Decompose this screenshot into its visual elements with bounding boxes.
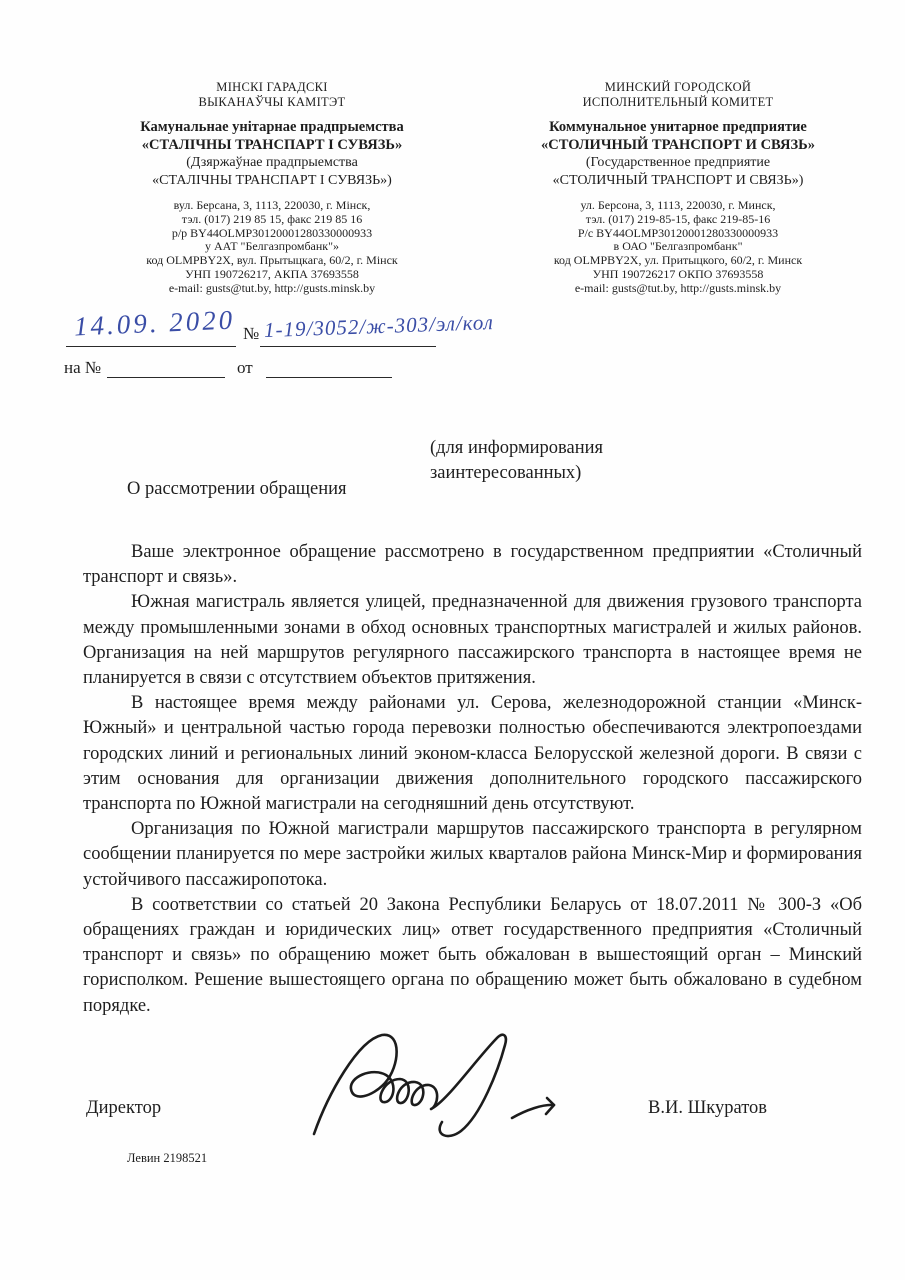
detail-line: e-mail: gusts@tut.by, http://gusts.minsk… [72, 282, 472, 296]
company-sub-line: (Государственное предприятие [478, 154, 878, 172]
detail-line: УНП 190726217 ОКПО 37693558 [478, 268, 878, 282]
detail-line: код OLMPBY2X, вул. Прытыцкага, 60/2, г. … [72, 254, 472, 268]
org-line: ИСПОЛНИТЕЛЬНЫЙ КОМИТЕТ [478, 95, 878, 110]
company-line: «СТОЛИЧНЫЙ ТРАНСПОРТ И СВЯЗЬ» [478, 137, 878, 155]
company-sub-line: (Дзяржаўнае прадпрыемства [72, 154, 472, 172]
company-sub-line: «СТАЛІЧНЫ ТРАНСПАРТ І СУВЯЗЬ») [72, 172, 472, 190]
detail-line: р/р BY44OLMP30120001280330000933 [72, 227, 472, 241]
letter-body: Ваше электронное обращение рассмотрено в… [83, 540, 862, 1019]
detail-line: тэл. (017) 219 85 15, факс 219 85 16 [72, 213, 472, 227]
addressee-note: (для информирования заинтересованных) [430, 436, 603, 485]
incoming-date-label: от [237, 358, 253, 378]
org-line: МИНСКИЙ ГОРОДСКОЙ [478, 80, 878, 95]
addressee-note-line: (для информирования [430, 436, 603, 461]
document-subject: О рассмотрении обращения [127, 479, 347, 500]
org-line: МІНСКІ ГАРАДСКІ [72, 80, 472, 95]
addressee-note-line: заинтересованных) [430, 461, 603, 486]
handwritten-date: 14.09. 2020 [73, 304, 235, 342]
incoming-number-blank-line [107, 377, 225, 378]
detail-line: тэл. (017) 219-85-15, факс 219-85-16 [478, 213, 878, 227]
detail-line: e-mail: gusts@tut.by, http://gusts.minsk… [478, 282, 878, 296]
detail-line: код OLMPBY2X, ул. Притыцкого, 60/2, г. М… [478, 254, 878, 268]
company-sub-line: «СТОЛИЧНЫЙ ТРАНСПОРТ И СВЯЗЬ») [478, 172, 878, 190]
company-subname-by: (Дзяржаўнае прадпрыемства «СТАЛІЧНЫ ТРАН… [72, 154, 472, 189]
paragraph: В соответствии со статьей 20 Закона Респ… [83, 893, 862, 1019]
company-subname-ru: (Государственное предприятие «СТОЛИЧНЫЙ … [478, 154, 878, 189]
letter-document: МІНСКІ ГАРАДСКІ ВЫКАНАЎЧЫ КАМІТЭТ Камуна… [0, 0, 905, 1280]
number-sign: № [243, 324, 259, 344]
company-line: Коммунальное унитарное предприятие [478, 119, 878, 137]
letterhead-belarusian: МІНСКІ ГАРАДСКІ ВЫКАНАЎЧЫ КАМІТЭТ Камуна… [72, 80, 472, 296]
executor-reference: Левин 2198521 [127, 1151, 207, 1166]
detail-line: ул. Берсона, 3, 1113, 220030, г. Минск, [478, 199, 878, 213]
handwritten-signature [300, 1022, 600, 1157]
signer-name: В.И. Шкуратов [648, 1098, 767, 1119]
incoming-number-label: на № [64, 358, 101, 378]
paragraph: Ваше электронное обращение рассмотрено в… [83, 540, 862, 590]
org-name-by: МІНСКІ ГАРАДСКІ ВЫКАНАЎЧЫ КАМІТЭТ [72, 80, 472, 110]
detail-line: УНП 190726217, АКПА 37693558 [72, 268, 472, 282]
org-name-ru: МИНСКИЙ ГОРОДСКОЙ ИСПОЛНИТЕЛЬНЫЙ КОМИТЕТ [478, 80, 878, 110]
detail-line: у ААТ "Белгазпромбанк"» [72, 240, 472, 254]
paragraph: Южная магистраль является улицей, предна… [83, 590, 862, 691]
detail-line: вул. Берсана, 3, 1113, 220030, г. Мінск, [72, 199, 472, 213]
company-name-ru: Коммунальное унитарное предприятие «СТОЛ… [478, 119, 878, 154]
company-line: Камунальнае унітарнае прадпрыемства [72, 119, 472, 137]
date-underline [66, 346, 236, 347]
detail-line: в ОАО "Белгазпромбанк" [478, 240, 878, 254]
company-details-by: вул. Берсана, 3, 1113, 220030, г. Мінск,… [72, 199, 472, 296]
paragraph: В настоящее время между районами ул. Сер… [83, 691, 862, 817]
handwritten-outgoing-number: 1-19/3052/ж-303/эл/кол [264, 310, 495, 343]
org-line: ВЫКАНАЎЧЫ КАМІТЭТ [72, 95, 472, 110]
letterhead-russian: МИНСКИЙ ГОРОДСКОЙ ИСПОЛНИТЕЛЬНЫЙ КОМИТЕТ… [478, 80, 878, 296]
detail-line: Р/с BY44OLMP30120001280330000933 [478, 227, 878, 241]
paragraph: Организация по Южной магистрали маршруто… [83, 817, 862, 893]
company-line: «СТАЛІЧНЫ ТРАНСПАРТ І СУВЯЗЬ» [72, 137, 472, 155]
number-underline [260, 346, 436, 347]
company-details-ru: ул. Берсона, 3, 1113, 220030, г. Минск, … [478, 199, 878, 296]
company-name-by: Камунальнае унітарнае прадпрыемства «СТА… [72, 119, 472, 154]
incoming-date-blank-line [266, 377, 392, 378]
signer-position: Директор [86, 1098, 161, 1119]
